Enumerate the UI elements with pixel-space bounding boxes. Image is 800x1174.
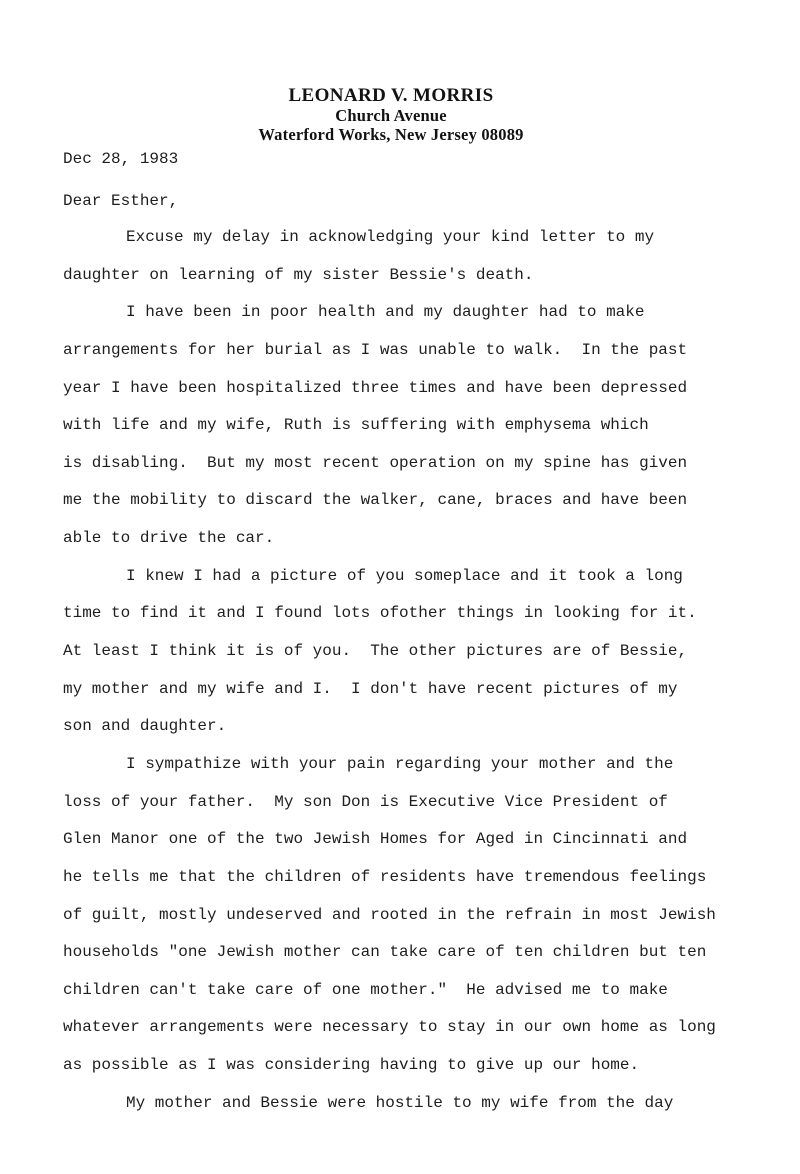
sender-address-city: Waterford Works, New Jersey 08089: [63, 125, 719, 144]
letter-line: Glen Manor one of the two Jewish Homes f…: [63, 821, 763, 859]
letter-line: My mother and Bessie were hostile to my …: [63, 1085, 763, 1123]
letter-line: son and daughter.: [63, 708, 763, 746]
letter-line: year I have been hospitalized three time…: [63, 370, 763, 408]
letter-line: arrangements for her burial as I was una…: [63, 332, 763, 370]
letter-line: able to drive the car.: [63, 520, 763, 558]
paragraph: My mother and Bessie were hostile to my …: [63, 1085, 763, 1123]
letterhead: LEONARD V. MORRIS Church Avenue Waterfor…: [63, 86, 719, 144]
letter-line: Excuse my delay in acknowledging your ki…: [63, 219, 763, 257]
letter-line: At least I think it is of you. The other…: [63, 633, 763, 671]
paragraph: I knew I had a picture of you someplace …: [63, 558, 763, 746]
salutation: Dear Esther,: [63, 189, 178, 213]
letter-line: me the mobility to discard the walker, c…: [63, 482, 763, 520]
letter-line: I have been in poor health and my daught…: [63, 294, 763, 332]
letter-line: loss of your father. My son Don is Execu…: [63, 784, 763, 822]
letter-line: is disabling. But my most recent operati…: [63, 445, 763, 483]
paragraph: I have been in poor health and my daught…: [63, 294, 763, 557]
letter-line: I sympathize with your pain regarding yo…: [63, 746, 763, 784]
letter-line: households "one Jewish mother can take c…: [63, 934, 763, 972]
letter-body: Excuse my delay in acknowledging your ki…: [63, 219, 763, 1122]
letter-line: my mother and my wife and I. I don't hav…: [63, 671, 763, 709]
letter-date: Dec 28, 1983: [63, 147, 178, 171]
letter-line: of guilt, mostly undeserved and rooted i…: [63, 897, 763, 935]
sender-name: LEONARD V. MORRIS: [63, 86, 719, 106]
letter-line: daughter on learning of my sister Bessie…: [63, 257, 763, 295]
paragraph: I sympathize with your pain regarding yo…: [63, 746, 763, 1085]
sender-address-street: Church Avenue: [63, 106, 719, 125]
letter-line: I knew I had a picture of you someplace …: [63, 558, 763, 596]
letter-line: time to find it and I found lots ofother…: [63, 595, 763, 633]
letter-line: with life and my wife, Ruth is suffering…: [63, 407, 763, 445]
letter-page: LEONARD V. MORRIS Church Avenue Waterfor…: [0, 0, 800, 1174]
letter-line: as possible as I was considering having …: [63, 1047, 763, 1085]
letter-line: he tells me that the children of residen…: [63, 859, 763, 897]
letter-line: children can't take care of one mother."…: [63, 972, 763, 1010]
letter-line: whatever arrangements were necessary to …: [63, 1009, 763, 1047]
paragraph: Excuse my delay in acknowledging your ki…: [63, 219, 763, 294]
